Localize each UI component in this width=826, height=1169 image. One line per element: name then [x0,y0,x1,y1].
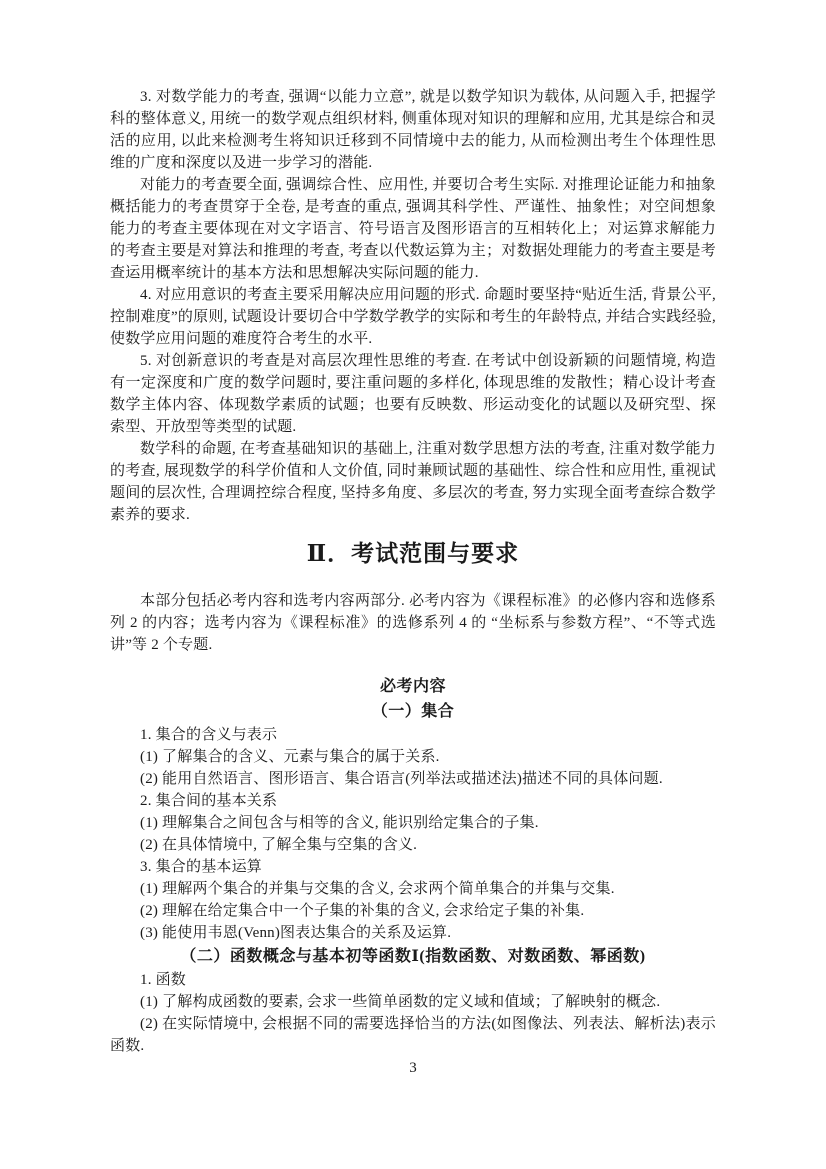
topic-2-item-1: 1. 函数 [110,969,716,991]
topic-1-item-8: (1) 理解两个集合的并集与交集的含义, 会求两个简单集合的并集与交集. [110,878,716,900]
topic-1-item-9: (2) 理解在给定集合中一个子集的补集的含义, 会求给定子集的补集. [110,900,716,922]
topic-2-functions-heading: （二）函数概念与基本初等函数Ⅰ(指数函数、对数函数、幂函数) [110,944,716,969]
paragraph-exam-scope: 本部分包括必考内容和选考内容两部分. 必考内容为《课程标准》的必修内容和选修系列… [110,590,716,656]
page-number: 3 [0,1057,826,1079]
topic-1-item-10: (3) 能使用韦恩(Venn)图表达集合的关系及运算. [110,922,716,944]
topic-2-item-2: (1) 了解构成函数的要素, 会求一些简单函数的定义域和值域；了解映射的概念. [110,991,716,1013]
topic-1-item-2: (1) 了解集合的含义、元素与集合的属于关系. [110,746,716,768]
topic-1-item-3: (2) 能用自然语言、图形语言、集合语言(列举法或描述法)描述不同的具体问题. [110,768,716,790]
topic-1-item-5: (1) 理解集合之间包含与相等的含义, 能识别给定集合的子集. [110,812,716,834]
topic-1-item-6: (2) 在具体情境中, 了解全集与空集的含义. [110,834,716,856]
paragraph-proposition-principles: 数学科的命题, 在考查基础知识的基础上, 注重对数学思想方法的考查, 注重对数学… [110,438,716,526]
page-content: 3. 对数学能力的考查, 强调“以能力立意”, 就是以数学知识为载体, 从问题入… [110,86,716,1057]
paragraph-math-ability-exam: 3. 对数学能力的考查, 强调“以能力立意”, 就是以数学知识为载体, 从问题入… [110,86,716,174]
paragraph-application-awareness: 4. 对应用意识的考查主要采用解决应用问题的形式. 命题时要坚持“贴近生活, 背… [110,284,716,350]
paragraph-ability-coverage: 对能力的考查要全面, 强调综合性、应用性, 并要切合考生实际. 对推理论证能力和… [110,174,716,284]
required-content-heading: 必考内容 [110,674,716,699]
topic-1-item-1: 1. 集合的含义与表示 [110,724,716,746]
topic-1-sets-heading: （一）集合 [110,699,716,724]
topic-2-item-3: (2) 在实际情境中, 会根据不同的需要选择恰当的方法(如图像法、列表法、解析法… [110,1013,716,1057]
document-page: 3. 对数学能力的考查, 强调“以能力立意”, 就是以数学知识为载体, 从问题入… [0,0,826,1169]
topic-1-item-4: 2. 集合间的基本关系 [110,790,716,812]
paragraph-innovation-awareness: 5. 对创新意识的考查是对高层次理性思维的考查. 在考试中创设新颖的问题情境, … [110,350,716,438]
section-ii-heading: Ⅱ．考试范围与要求 [110,538,716,570]
topic-1-item-7: 3. 集合的基本运算 [110,856,716,878]
